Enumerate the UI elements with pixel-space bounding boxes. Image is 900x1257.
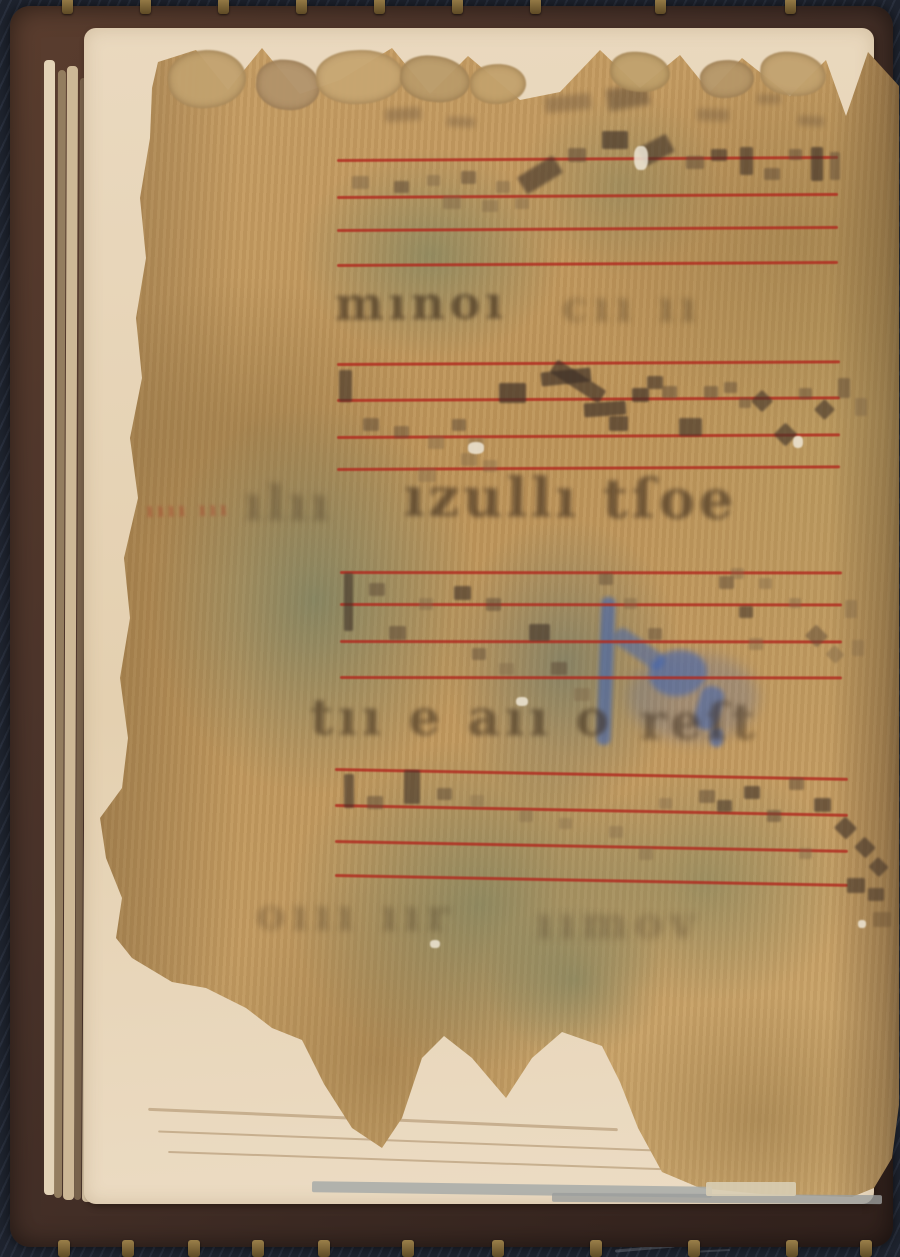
binding-pegs-bottom: [0, 0, 900, 1257]
brass-peg: [188, 1240, 200, 1257]
brass-peg: [590, 1240, 602, 1257]
brass-peg: [860, 1240, 872, 1257]
brass-peg: [58, 1240, 70, 1257]
brass-peg: [688, 1240, 700, 1257]
brass-peg: [492, 1240, 504, 1257]
manuscript-photo: mınoıcıı ıııııı ıııılııızullı tſoetıı e …: [0, 0, 900, 1257]
brass-peg: [122, 1240, 134, 1257]
brass-peg: [318, 1240, 330, 1257]
brass-peg: [402, 1240, 414, 1257]
brass-peg: [786, 1240, 798, 1257]
brass-peg: [252, 1240, 264, 1257]
